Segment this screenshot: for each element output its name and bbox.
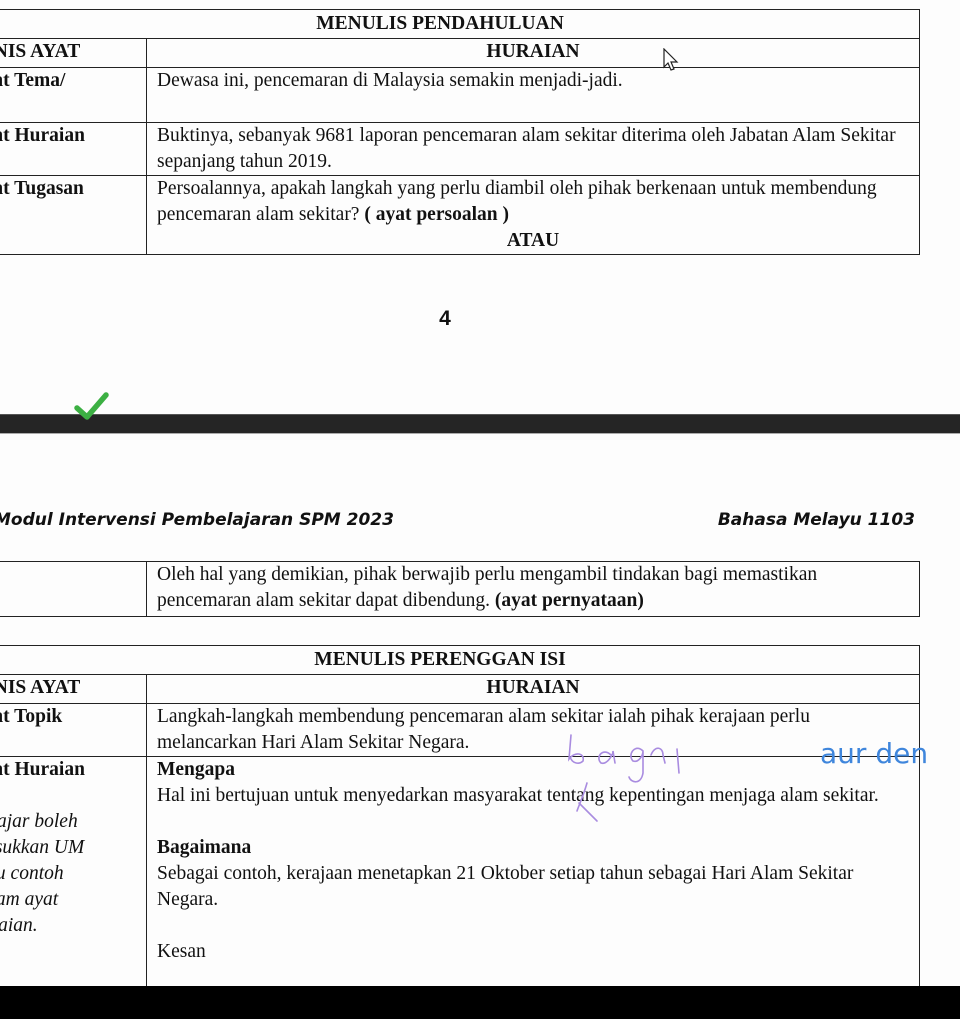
typed-text-overlay: aur den bbox=[820, 737, 928, 770]
continuation-table: Oleh hal yang demikian, pihak berwajib p… bbox=[0, 561, 920, 617]
table-row: Ayat Huraian Buktinya, sebanyak 9681 lap… bbox=[0, 123, 920, 176]
row-type: Ayat Topik bbox=[0, 704, 147, 757]
row-separator: ATAU bbox=[157, 228, 909, 254]
subject-header: Bahasa Melayu 1103 bbox=[718, 510, 915, 530]
perenggan-isi-table: MENULIS PERENGGAN ISI JENIS AYAT HURAIAN… bbox=[0, 645, 920, 1017]
row-text: Dewasa ini, pencemaran di Malaysia semak… bbox=[147, 68, 920, 123]
row-type: Ayat Huraian Pelajar boleh masukkan UM a… bbox=[0, 757, 147, 1017]
table-title: MENULIS PENDAHULUAN bbox=[0, 10, 920, 39]
col-header-jenis-ayat: JENIS AYAT bbox=[0, 675, 147, 704]
table-row: Ayat Topik Langkah-langkah membendung pe… bbox=[0, 704, 920, 757]
row-text: Persoalannya, apakah langkah yang perlu … bbox=[147, 176, 920, 255]
page-number: 4 bbox=[0, 307, 890, 331]
section-heading-mengapa: Mengapa bbox=[157, 757, 909, 783]
row-type: Ayat Tugasan bbox=[0, 176, 147, 255]
row-text: Mengapa Hal ini bertujuan untuk menyedar… bbox=[147, 757, 920, 1017]
section-heading-kesan: Kesan bbox=[157, 939, 909, 965]
table-row: Ayat Huraian Pelajar boleh masukkan UM a… bbox=[0, 757, 920, 1017]
row-type: Ayat Tema/ Isu bbox=[0, 68, 147, 123]
row-text: Oleh hal yang demikian, pihak berwajib p… bbox=[147, 562, 920, 617]
page-divider bbox=[0, 414, 960, 434]
row-type: Ayat Huraian bbox=[0, 123, 147, 176]
col-header-jenis-ayat: JENIS AYAT bbox=[0, 39, 147, 68]
col-header-huraian: HURAIAN bbox=[147, 675, 920, 704]
section-text-bagaimana: Sebagai contoh, kerajaan menetapkan 21 O… bbox=[157, 861, 909, 913]
table-row: Ayat Tugasan Persoalannya, apakah langka… bbox=[0, 176, 920, 255]
handwriting-annotation bbox=[565, 733, 705, 828]
section-text-mengapa: Hal ini bertujuan untuk menyedarkan masy… bbox=[157, 783, 909, 809]
black-bottom-bar bbox=[0, 986, 960, 1019]
table-row: Oleh hal yang demikian, pihak berwajib p… bbox=[0, 562, 920, 617]
row-text: Langkah-langkah membendung pencemaran al… bbox=[147, 704, 920, 757]
row-note: Pelajar boleh masukkan UM atau contoh da… bbox=[0, 811, 84, 936]
mouse-cursor-icon bbox=[663, 48, 679, 72]
row-note: ( ayat persoalan ) bbox=[364, 204, 509, 225]
pendahuluan-table: MENULIS PENDAHULUAN JENIS AYAT HURAIAN A… bbox=[0, 9, 920, 255]
module-header-title: Modul Intervensi Pembelajaran SPM 2023 bbox=[0, 510, 394, 530]
document-page-4: MENULIS PENDAHULUAN JENIS AYAT HURAIAN A… bbox=[0, 0, 960, 414]
table-title: MENULIS PERENGGAN ISI bbox=[0, 646, 920, 675]
section-heading-bagaimana: Bagaimana bbox=[157, 835, 909, 861]
check-mark-icon bbox=[72, 388, 112, 424]
row-note: (ayat pernyataan) bbox=[495, 590, 644, 611]
col-header-huraian: HURAIAN bbox=[147, 39, 920, 68]
table-row: Ayat Tema/ Isu Dewasa ini, pencemaran di… bbox=[0, 68, 920, 123]
row-text: Buktinya, sebanyak 9681 laporan pencemar… bbox=[147, 123, 920, 176]
